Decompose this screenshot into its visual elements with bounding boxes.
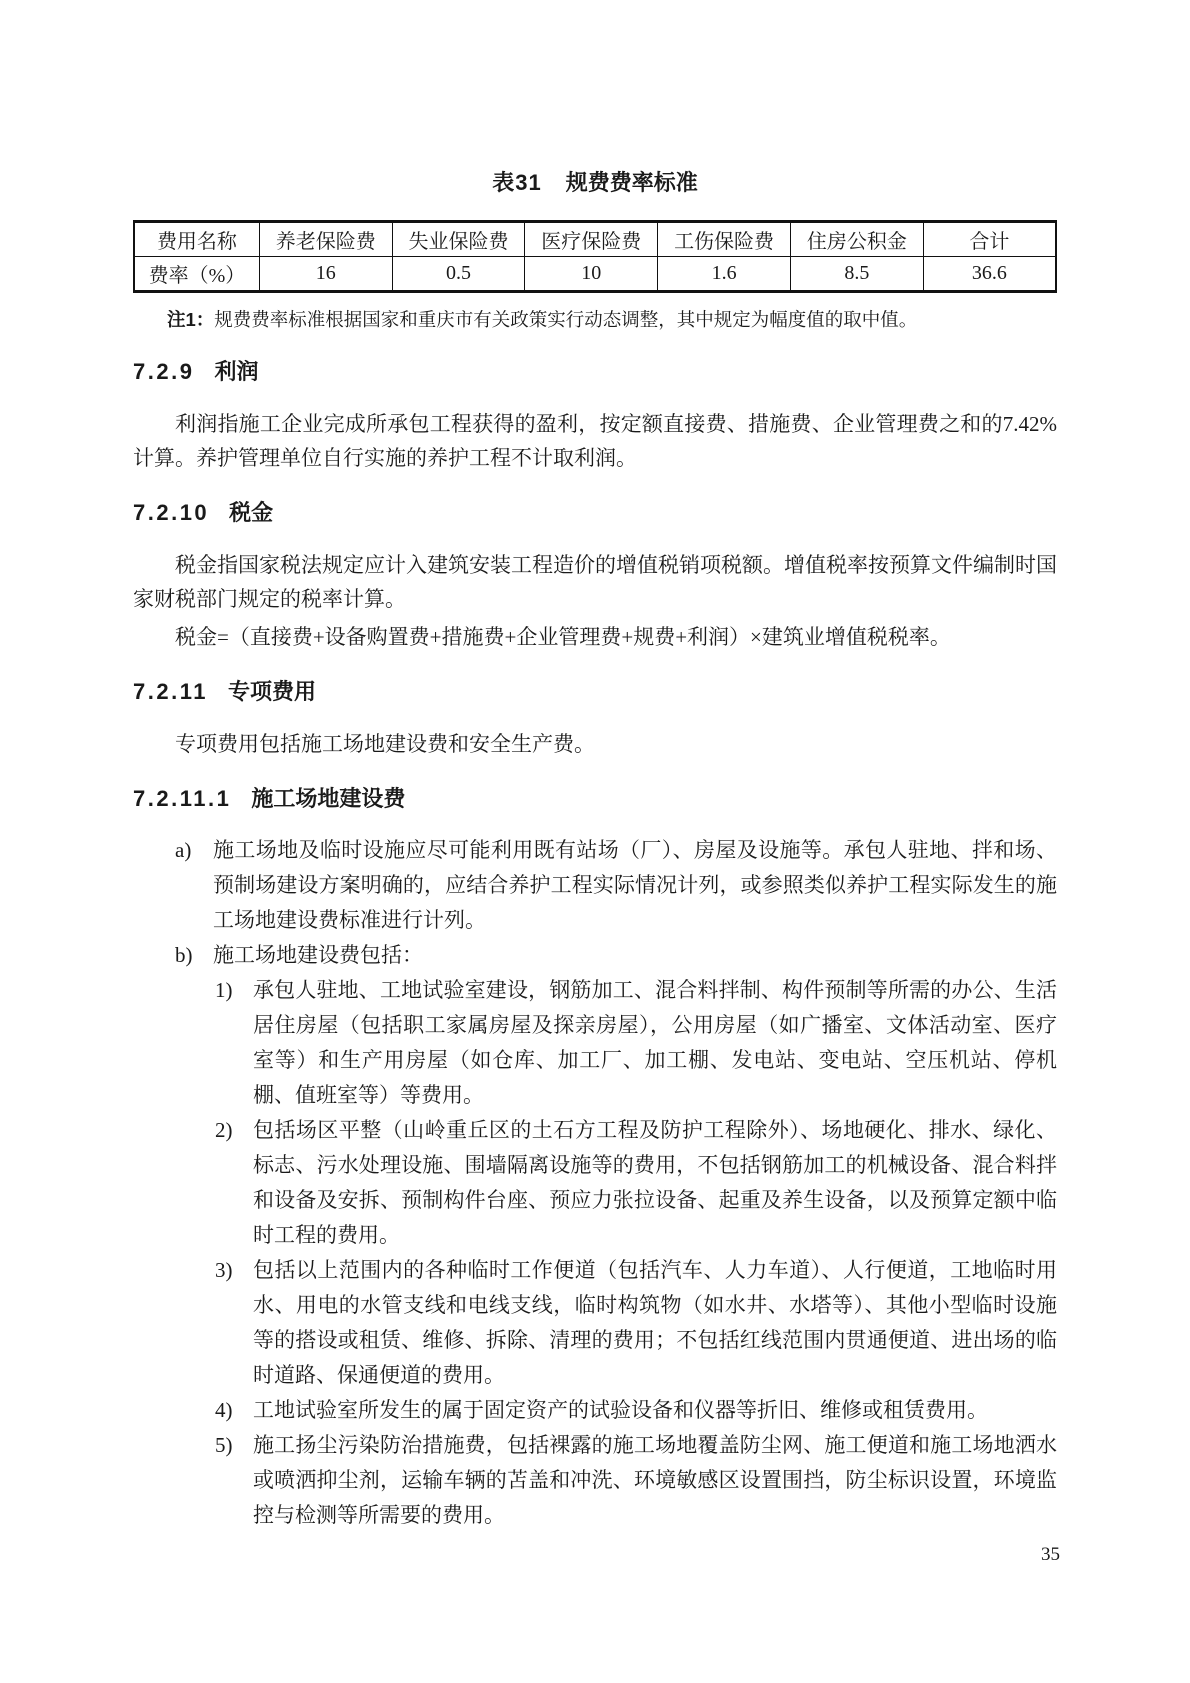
list-item-marker: 3) xyxy=(215,1253,233,1288)
table-note-text: 规费费率标准根据国家和重庆市有关政策实行动态调整，其中规定为幅度值的取中值。 xyxy=(214,311,917,331)
table-caption: 表31规费费率标准 xyxy=(133,170,1057,196)
paragraph: 利润指施工企业完成所承包工程获得的盈利，按定额直接费、措施费、企业管理费之和的7… xyxy=(133,407,1057,475)
section-title: 专项费用 xyxy=(228,679,316,704)
table-header-cell: 住房公积金 xyxy=(790,222,923,257)
section-number: 7.2.10 xyxy=(133,500,209,525)
list-item-4: 4)工地试验室所发生的属于固定资产的试验设备和仪器等折旧、维修或租赁费用。 xyxy=(133,1393,1057,1428)
table-header-cell: 工伤保险费 xyxy=(658,222,791,257)
list-item-2: 2)包括场区平整（山岭重丘区的土石方工程及防护工程除外）、场地硬化、排水、绿化、… xyxy=(133,1113,1057,1253)
table-data-row: 费率（%） 16 0.5 10 1.6 8.5 36.6 xyxy=(134,257,1056,292)
table-header-cell: 养老保险费 xyxy=(259,222,392,257)
fee-rate-table: 费用名称 养老保险费 失业保险费 医疗保险费 工伤保险费 住房公积金 合计 费率… xyxy=(133,220,1057,293)
list-item-marker: b) xyxy=(175,938,193,973)
section-heading-7-2-10: 7.2.10税金 xyxy=(133,501,1057,525)
list-item-5: 5)施工扬尘污染防治措施费，包括裸露的施工场地覆盖防尘网、施工便道和施工场地洒水… xyxy=(133,1428,1057,1533)
section-number: 7.2.9 xyxy=(133,359,194,384)
table-row-label: 费率（%） xyxy=(134,257,259,292)
list-item-marker: a) xyxy=(175,833,191,868)
list-item-marker: 5) xyxy=(215,1428,233,1463)
table-caption-number: 表31 xyxy=(492,170,541,195)
tax-formula: 税金=（直接费+设备购置费+措施费+企业管理费+规费+利润）×建筑业增值税税率。 xyxy=(133,620,1057,654)
table-cell: 0.5 xyxy=(392,257,525,292)
page-number: 35 xyxy=(1041,1543,1060,1567)
table-header-cell: 失业保险费 xyxy=(392,222,525,257)
list-item-text: 施工扬尘污染防治措施费，包括裸露的施工场地覆盖防尘网、施工便道和施工场地洒水或喷… xyxy=(253,1433,1057,1527)
list-item-marker: 2) xyxy=(215,1113,233,1148)
section-title: 税金 xyxy=(229,500,273,525)
table-note-label: 注1： xyxy=(167,309,214,330)
list-item-text: 施工场地及临时设施应尽可能利用既有站场（厂）、房屋及设施等。承包人驻地、拌和场、… xyxy=(213,838,1057,932)
list-item-1: 1)承包人驻地、工地试验室建设，钢筋加工、混合料拌制、构件预制等所需的办公、生活… xyxy=(133,973,1057,1113)
list-item-text: 工地试验室所发生的属于固定资产的试验设备和仪器等折旧、维修或租赁费用。 xyxy=(253,1398,988,1422)
table-note: 注1：规费费率标准根据国家和重庆市有关政策实行动态调整，其中规定为幅度值的取中值… xyxy=(133,307,1057,334)
paragraph: 税金指国家税法规定应计入建筑安装工程造价的增值税销项税额。增值税率按预算文件编制… xyxy=(133,548,1057,616)
list-item-marker: 1) xyxy=(215,973,233,1008)
section-title: 施工场地建设费 xyxy=(251,786,405,811)
table-header-cell: 医疗保险费 xyxy=(525,222,658,257)
list-item-b: b)施工场地建设费包括： xyxy=(133,938,1057,973)
list-item-text: 包括以上范围内的各种临时工作便道（包括汽车、人力车道）、人行便道，工地临时用水、… xyxy=(253,1258,1057,1387)
table-cell: 8.5 xyxy=(790,257,923,292)
section-title: 利润 xyxy=(214,359,258,384)
table-cell: 36.6 xyxy=(923,257,1056,292)
paragraph: 专项费用包括施工场地建设费和安全生产费。 xyxy=(133,727,1057,761)
table-header-cell: 合计 xyxy=(923,222,1056,257)
list-item-text: 承包人驻地、工地试验室建设，钢筋加工、混合料拌制、构件预制等所需的办公、生活居住… xyxy=(253,978,1057,1107)
table-caption-title: 规费费率标准 xyxy=(566,170,698,195)
table-cell: 10 xyxy=(525,257,658,292)
list-item-text: 施工场地建设费包括： xyxy=(213,943,423,967)
section-heading-7-2-9: 7.2.9利润 xyxy=(133,360,1057,384)
table-header-cell: 费用名称 xyxy=(134,222,259,257)
document-page: 表31规费费率标准 费用名称 养老保险费 失业保险费 医疗保险费 工伤保险费 住… xyxy=(0,0,1190,1683)
section-number: 7.2.11.1 xyxy=(133,786,231,811)
list-item-marker: 4) xyxy=(215,1393,233,1428)
list-item-3: 3)包括以上范围内的各种临时工作便道（包括汽车、人力车道）、人行便道，工地临时用… xyxy=(133,1253,1057,1393)
table-cell: 1.6 xyxy=(658,257,791,292)
page-content: 表31规费费率标准 费用名称 养老保险费 失业保险费 医疗保险费 工伤保险费 住… xyxy=(133,0,1057,1533)
table-header-row: 费用名称 养老保险费 失业保险费 医疗保险费 工伤保险费 住房公积金 合计 xyxy=(134,222,1056,257)
section-heading-7-2-11-1: 7.2.11.1施工场地建设费 xyxy=(133,787,1057,811)
list-item-text: 包括场区平整（山岭重丘区的土石方工程及防护工程除外）、场地硬化、排水、绿化、标志… xyxy=(253,1118,1057,1247)
table-cell: 16 xyxy=(259,257,392,292)
section-number: 7.2.11 xyxy=(133,679,208,704)
list-item-a: a)施工场地及临时设施应尽可能利用既有站场（厂）、房屋及设施等。承包人驻地、拌和… xyxy=(133,833,1057,938)
section-heading-7-2-11: 7.2.11专项费用 xyxy=(133,680,1057,704)
